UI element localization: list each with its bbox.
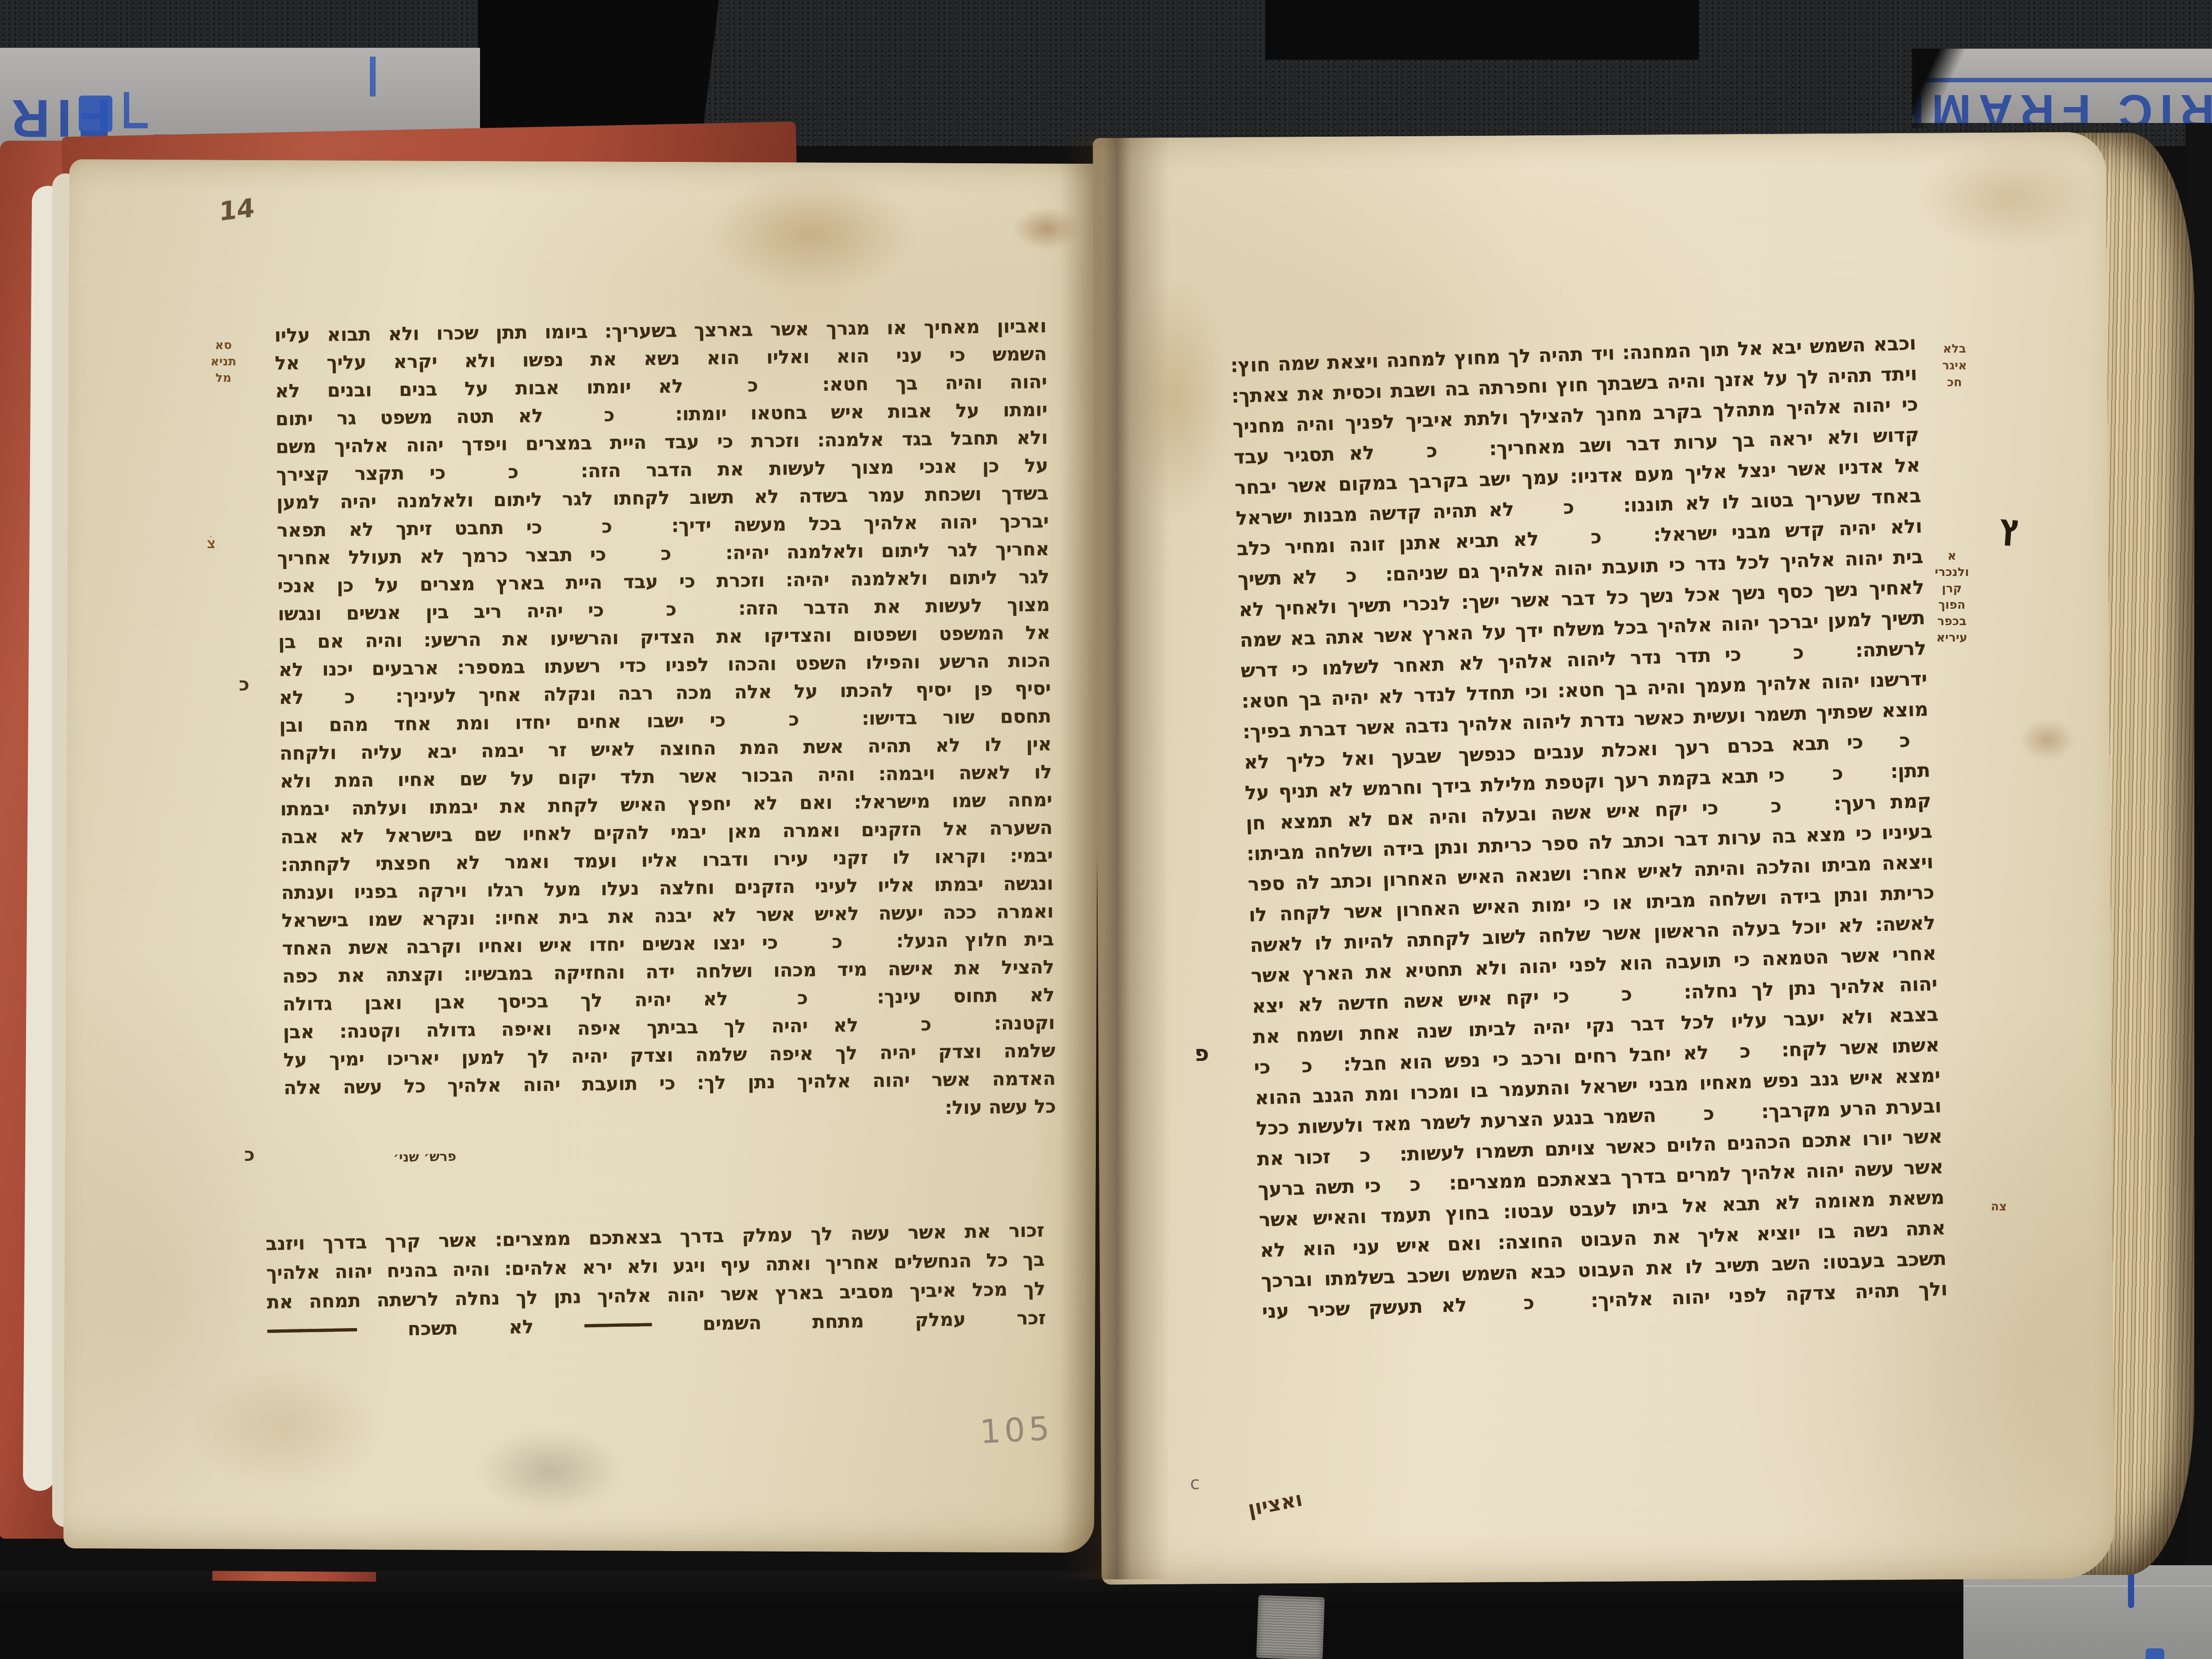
text-line: ולנכרי — [1925, 564, 1978, 580]
right-margin-bold-letter: ץ — [1998, 507, 2023, 546]
text-line: מל — [195, 370, 252, 386]
text-line: חכ — [1928, 374, 1981, 391]
blue-square-icon — [79, 96, 112, 132]
left-text-block: ואביון מאחיך או מגרך אשר בארצך בשעריך׃ ב… — [274, 312, 1056, 1129]
left-folio-number: 14 — [219, 192, 255, 227]
left-section-marker: פרש׳ שני׳ — [336, 1148, 514, 1167]
text-line: סא — [195, 337, 252, 353]
text-line: בכפר — [1925, 613, 1978, 630]
frame-corner-shadow — [1912, 49, 1965, 128]
gutter-shadow — [1060, 137, 1170, 1579]
blue-bracket-icon — [124, 92, 148, 128]
right-margin-gloss-top: בלאאיגרחכ — [1928, 341, 1981, 391]
right-text-block: וכבא השמש יבא אל תוך המחנה׃ ויד תהיה לך … — [1230, 328, 1948, 1327]
top-clamp — [1265, 0, 1699, 60]
pencil-page-number: 105 — [979, 1409, 1054, 1452]
text-line: תניא — [195, 353, 252, 370]
left-margin-letter: כ — [244, 1144, 255, 1165]
manuscript-photo: FIR INDUSTRI METRIC FRAME 14 סאתניאמל צׄ… — [0, 0, 2212, 1659]
blue-tick-icon — [370, 57, 376, 96]
text-line: עיריא — [1925, 630, 1978, 646]
scratch-line — [1963, 1586, 2212, 1586]
bookmark-ribbon — [1256, 1595, 1325, 1659]
frame-strip-bottom-right — [1963, 1565, 2212, 1659]
text-line: איגר — [1928, 357, 1981, 374]
right-margin-mark-low: צה — [1991, 1200, 2007, 1214]
left-margin-letter: כ — [239, 673, 250, 695]
blue-square-icon — [2146, 1648, 2164, 1659]
text-line: א — [1925, 548, 1978, 564]
pencil-letter: c — [1190, 1473, 1200, 1494]
left-margin-mark: צׄ — [207, 536, 215, 552]
right-margin-gloss-side: אולנכריקרןהפוךבכפרעיריא — [1925, 548, 1978, 646]
bottom-cradle — [0, 1571, 2212, 1659]
left-bottom-block: זכור את אשר עשה לך עמלק בדרך בצאתכם ממצר… — [265, 1216, 1046, 1346]
left-margin-gloss: סאתניאמל — [195, 337, 252, 386]
book-cover-bottom-sliver — [212, 1571, 376, 1582]
right-margin-letter-left: פ — [1194, 1041, 1209, 1066]
text-line: הפוך — [1925, 597, 1978, 613]
text-line: קרן — [1925, 580, 1978, 597]
text-line: בלא — [1928, 341, 1981, 357]
